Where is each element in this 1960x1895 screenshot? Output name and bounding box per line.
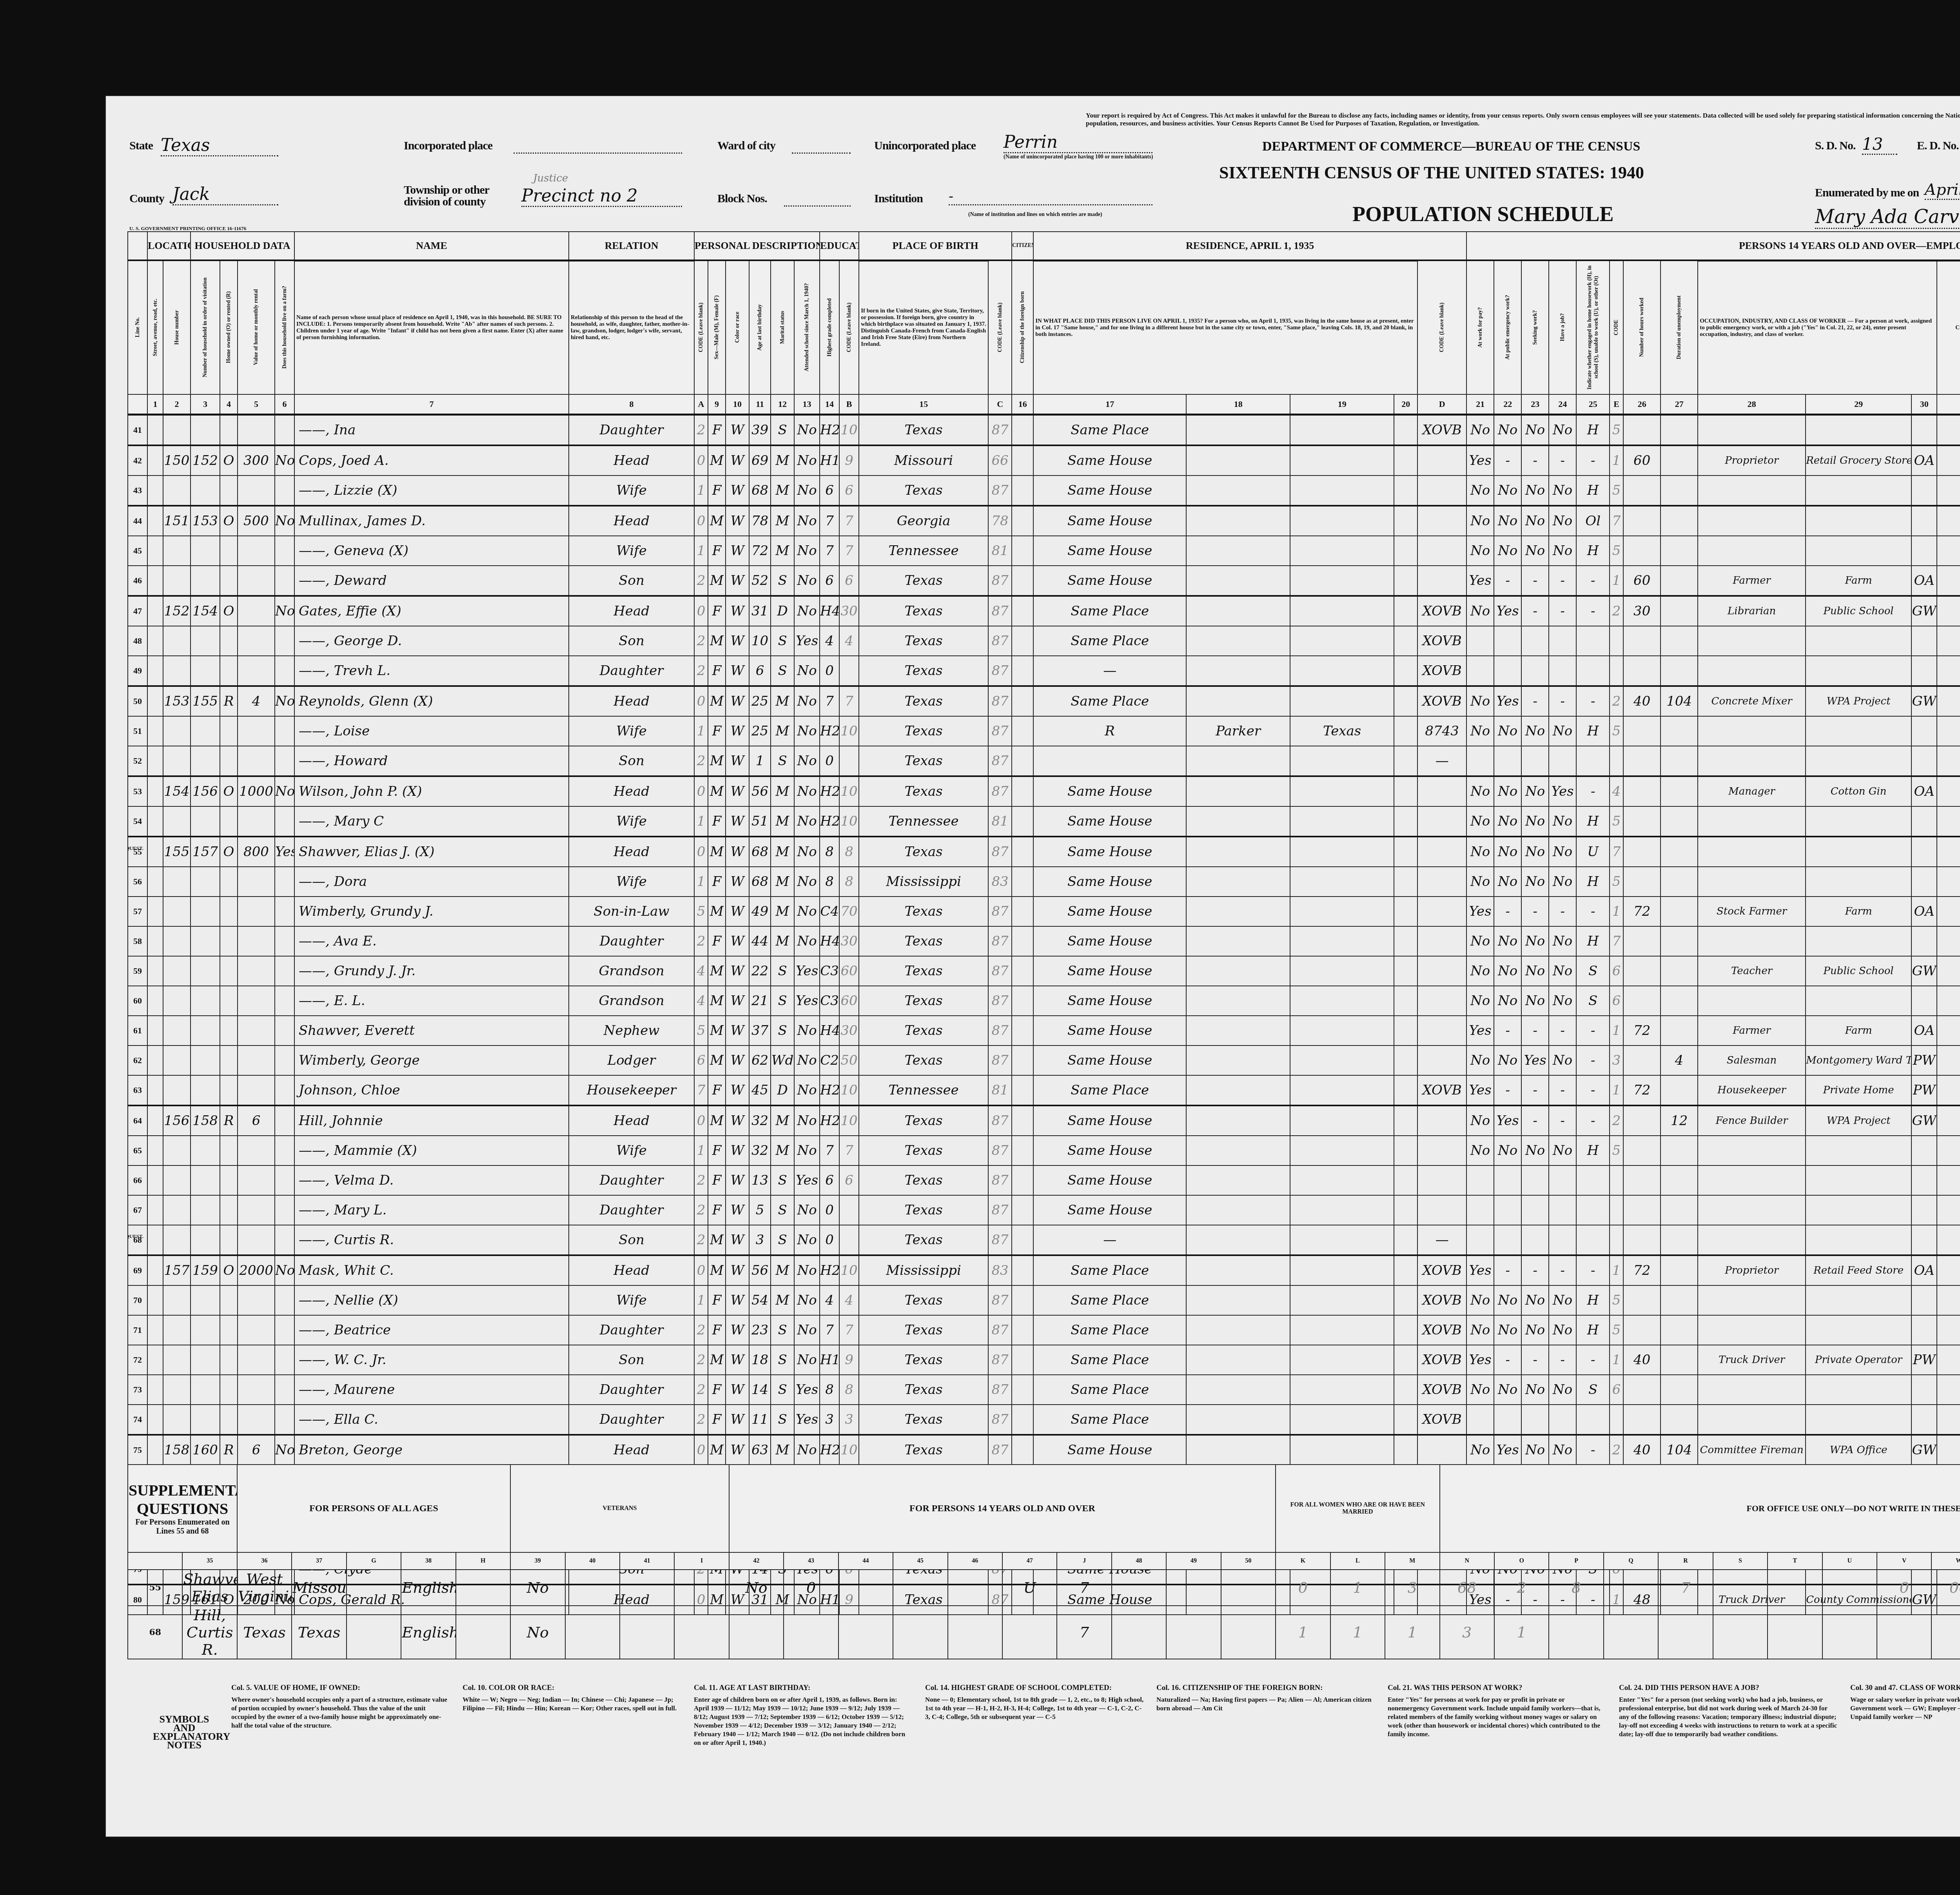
cell-code-c: 66 [988,445,1012,476]
sd-value: 13 [1862,134,1897,155]
cell-relation: Head [569,506,694,536]
cell-code-e [1610,1405,1623,1435]
cell-family [191,415,220,446]
cell-code-d [1417,776,1466,806]
note-heading: Col. 5. VALUE OF HOME, IF OWNED: [231,1684,451,1692]
cell-marital: M [771,476,794,506]
sup-column-number: 43 [784,1552,838,1570]
cell-w23: - [1521,1016,1549,1046]
code-a-header: CODE (Leave blank) [694,261,708,395]
cell-birthplace: Texas [859,1165,988,1195]
cell-code-d [1417,986,1466,1016]
cell-age: 62 [749,1046,771,1075]
cell-farm [275,1165,294,1195]
enumerated-label: Enumerated by me on [1815,186,1919,200]
cell-relation: Grandson [569,956,694,986]
cell-state [1290,415,1394,446]
sup-cell: 8 [1549,1570,1603,1606]
cell-name: ——, W. C. Jr. [294,1345,569,1375]
cell-state [1290,897,1394,926]
column-number: 24 [1549,394,1576,415]
line-number: 60 [128,986,147,1016]
cell-farm35 [1394,656,1417,686]
sup-column-number: J [1057,1552,1111,1570]
cell-farm: No [275,445,294,476]
group-residence-1935: RESIDENCE, APRIL 1, 1935 [1033,232,1466,261]
cell-code-a: 0 [694,686,708,716]
sup-group-14-and-over: FOR PERSONS 14 YEARS OLD AND OVER [729,1465,1276,1552]
sup-cell: Texas [237,1606,292,1659]
cell-sex: M [708,566,726,596]
cell-county [1186,686,1290,716]
cell-class [1911,536,1937,566]
cell-age: 11 [749,1405,771,1435]
cell-hours [1623,837,1661,867]
cell-code-c: 81 [988,806,1012,837]
cell-residence: Same House [1033,566,1186,596]
cell-family [191,1405,220,1435]
cell-farm: No [275,506,294,536]
col22-header: At public emergency work? [1494,261,1521,395]
cell-w24 [1549,1195,1576,1225]
cell-name: Wilson, John P. (X) [294,776,569,806]
institution-value: - [949,188,1152,205]
cell-name: Mask, Whit C. [294,1255,569,1285]
cell-occupation: Proprietor [1698,1255,1806,1285]
cell-farm35 [1394,897,1417,926]
cell-code-e: 5 [1610,476,1623,506]
cell-school: No [794,1075,820,1105]
sup-line-number: 55 [128,1570,182,1606]
cell-dwelling [163,415,191,446]
sup-cell [1604,1606,1658,1659]
cell-tenure [220,1136,238,1165]
cell-code-b [839,746,859,776]
cell-state: Texas [1290,716,1394,746]
cell-code-d: XOVB [1417,656,1466,686]
cell-county [1186,1375,1290,1405]
cell-industry: Private Operator [1806,1345,1911,1375]
cell-w21: Yes [1466,566,1494,596]
cell-county [1186,1046,1290,1075]
cell-industry: Retail Grocery Store [1806,445,1911,476]
sup-cell [1713,1570,1768,1606]
cell-w25: H [1576,867,1610,897]
cell-code-b [839,1195,859,1225]
cell-residence: Same House [1033,1195,1186,1225]
column-number: 16 [1012,394,1033,415]
cell-farm35 [1394,1105,1417,1136]
sup-cell: 7 [1658,1570,1713,1606]
cell-code-b: 8 [839,867,859,897]
cell-code-e: 2 [1610,1105,1623,1136]
cell-relation: Head [569,1105,694,1136]
cell-county [1186,476,1290,506]
cell-code-a: 0 [694,776,708,806]
cell-residence: Same Place [1033,415,1186,446]
cell-dwelling: 158 [163,1435,191,1465]
cell-code-c: 87 [988,1345,1012,1375]
cell-tenure [220,897,238,926]
township-note: Justice [533,172,568,184]
sup-cell: 0 [784,1570,838,1606]
cell-tenure [220,1315,238,1345]
cell-code-f: 420 99 1 [1937,1345,1960,1375]
cell-race: W [726,566,749,596]
table-row: 62Wimberly, GeorgeLodger6MW62WdNoC250Tex… [128,1046,1960,1075]
cell-w24: - [1549,686,1576,716]
cell-code-e: 1 [1610,566,1623,596]
cell-farm [275,1225,294,1255]
cell-grade: 8 [820,867,839,897]
cell-hours [1623,1285,1661,1315]
cell-w22: Yes [1494,1105,1521,1136]
column-number: 7 [294,394,569,415]
table-row: 58——, Ava E.Daughter2FW44MNoH430Texas87S… [128,926,1960,956]
cell-class [1911,415,1937,446]
cell-code-e: 5 [1610,415,1623,446]
name-instructions: Name of each person whose usual place of… [294,261,569,395]
sup-column-number: 42 [729,1552,784,1570]
cell-code-f: 000 W 4 [1937,566,1960,596]
cell-name: Johnson, Chloe [294,1075,569,1105]
column-number-row: 12345678A91011121314B15C1617181920D21222… [128,394,1960,415]
cell-code-c: 87 [988,626,1012,656]
cell-code-a: 7 [694,1075,708,1105]
cell-industry [1806,926,1911,956]
cell-citizenship [1012,1345,1033,1375]
group-education: EDUCATION [820,232,859,261]
column-number: 10 [726,394,749,415]
cell-state [1290,867,1394,897]
cell-class [1911,716,1937,746]
cell-code-b: 10 [839,806,859,837]
sup-cell: 7 [1057,1570,1111,1606]
cell-dwelling-blank [147,776,163,806]
cell-value [238,716,275,746]
cell-age: 56 [749,776,771,806]
cell-hours [1623,536,1661,566]
cell-state [1290,806,1394,837]
cell-family: 153 [191,506,220,536]
cell-hours [1623,1405,1661,1435]
sup-column-number: H [456,1552,510,1570]
county-label: County [129,192,164,205]
cell-tenure: O [220,596,238,626]
cell-race: W [726,1105,749,1136]
cell-race: W [726,536,749,566]
sup-cell [1112,1606,1166,1659]
cell-residence: Same House [1033,1136,1186,1165]
cell-w23: No [1521,1435,1549,1465]
cell-value [238,1165,275,1195]
township-value: Precinct no 2 [521,186,682,207]
code-b-header: CODE (Leave blank) [839,261,859,395]
cell-birthplace: Texas [859,1225,988,1255]
cell-marital: M [771,867,794,897]
cell-birthplace: Texas [859,1285,988,1315]
cell-county [1186,1165,1290,1195]
line-number: 64 [128,1105,147,1136]
cell-w24: - [1549,1255,1576,1285]
cell-hours [1623,986,1661,1016]
cell-county [1186,1435,1290,1465]
cell-code-c: 87 [988,566,1012,596]
cell-family: 158 [191,1105,220,1136]
cell-farm [275,626,294,656]
cell-code-d: 8743 [1417,716,1466,746]
cell-code-a: 0 [694,445,708,476]
cell-school: No [794,415,820,446]
table-row: 64156158R6Hill, JohnnieHead0MW32MNoH210T… [128,1105,1960,1136]
cell-race: W [726,1405,749,1435]
sup-cell: 1 [1276,1606,1330,1659]
sup-column-number: M [1385,1552,1439,1570]
cell-sex: F [708,1136,726,1165]
cell-code-f: 246 91 2 [1937,596,1960,626]
cell-tenure: R [220,1105,238,1136]
cell-relation: Wife [569,1285,694,1315]
cell-tenure [220,536,238,566]
group-employment-status: PERSONS 14 YEARS OLD AND OVER—EMPLOYMENT… [1466,232,1960,261]
cell-tenure: R [220,686,238,716]
cell-code-e: 2 [1610,686,1623,716]
cell-code-a: 2 [694,1405,708,1435]
cell-code-d [1417,1435,1466,1465]
cell-code-e [1610,656,1623,686]
cell-relation: Wife [569,716,694,746]
note-text: Enter "Yes" for a person (not seeking wo… [1619,1695,1838,1739]
cell-county [1186,1255,1290,1285]
cell-industry [1806,1165,1911,1195]
cell-industry [1806,506,1911,536]
cell-dwelling-blank [147,1405,163,1435]
cell-marital: M [771,1255,794,1285]
note-text: Enter "Yes" for persons at work for pay … [1388,1695,1607,1739]
cell-residence: Same Place [1033,1075,1186,1105]
cell-class: OA [1911,566,1937,596]
cell-state [1290,926,1394,956]
cell-class [1911,1375,1937,1405]
line-number: 74 [128,1405,147,1435]
cell-weeks-unemp [1661,1016,1698,1046]
unemployment-header: Duration of unemployment [1661,261,1698,395]
cell-weeks-unemp [1661,956,1698,986]
cell-grade: C3 [820,986,839,1016]
column-number: 21 [1466,394,1494,415]
cell-grade: C3 [820,956,839,986]
cell-farm35 [1394,506,1417,536]
cell-family [191,656,220,686]
cell-dwelling [163,716,191,746]
cell-marital: S [771,1345,794,1375]
cell-class [1911,1136,1937,1165]
cell-weeks-unemp [1661,476,1698,506]
cell-grade: 0 [820,1225,839,1255]
cell-weeks-unemp: 104 [1661,686,1698,716]
sup-cell: No [729,1570,784,1606]
cell-age: 25 [749,686,771,716]
cell-w22 [1494,626,1521,656]
cell-race: W [726,626,749,656]
cell-race: W [726,1136,749,1165]
sup-cell [838,1570,893,1606]
cell-industry [1806,1375,1911,1405]
cell-hours: 72 [1623,1255,1661,1285]
column-number: 6 [275,394,294,415]
cell-family [191,1195,220,1225]
cell-code-b: 30 [839,596,859,626]
cell-code-c: 87 [988,1105,1012,1136]
cell-dwelling-blank [147,1046,163,1075]
cell-tenure: O [220,1255,238,1285]
sup-cell [1713,1606,1768,1659]
line-number: 61 [128,1016,147,1046]
cell-w21: No [1466,1136,1494,1165]
cell-w22: No [1494,776,1521,806]
cell-residence: Same House [1033,445,1186,476]
table-row: 65——, Mammie (X)Wife1FW32MNo77Texas87Sam… [128,1136,1960,1165]
cell-w25 [1576,626,1610,656]
cell-value [238,897,275,926]
sup-column-number: Q [1604,1552,1658,1570]
cell-farm [275,746,294,776]
cell-citizenship [1012,1285,1033,1315]
cell-w23: No [1521,1285,1549,1315]
cell-code-f: 988 V9 2 [1937,686,1960,716]
cell-residence: Same House [1033,1165,1186,1195]
cell-value [238,1345,275,1375]
cell-w24: - [1549,445,1576,476]
cell-name: Gates, Effie (X) [294,596,569,626]
cell-class [1911,1405,1937,1435]
cell-dwelling-blank [147,806,163,837]
cell-code-f [1937,867,1960,897]
cell-farm: No [275,686,294,716]
cell-farm [275,956,294,986]
cell-name: ——, Loise [294,716,569,746]
cell-tenure: R [220,1435,238,1465]
cell-w22: No [1494,1046,1521,1075]
cell-dwelling-blank [147,1315,163,1345]
cell-class [1911,926,1937,956]
cell-occupation [1698,867,1806,897]
sup-group-veterans: VETERANS [510,1465,729,1552]
cell-family [191,926,220,956]
cell-sex: M [708,1225,726,1255]
cell-code-b: 7 [839,1315,859,1345]
cell-w25: H [1576,716,1610,746]
cell-w25: H [1576,1285,1610,1315]
cell-code-e [1610,1195,1623,1225]
cell-w25: - [1576,1075,1610,1105]
cell-citizenship [1012,1405,1033,1435]
note-section: Col. 10. COLOR OR RACE:White — W; Negro … [463,1684,682,1713]
cell-class [1911,1225,1937,1255]
cell-dwelling [163,536,191,566]
cell-birthplace: Texas [859,476,988,506]
cell-w22: No [1494,716,1521,746]
cell-code-e: 3 [1610,1046,1623,1075]
cell-occupation: Salesman [1698,1046,1806,1075]
cell-family [191,1225,220,1255]
citizenship-header: Citizenship of the foreign born [1012,261,1033,395]
sup-cell [1822,1606,1877,1659]
cell-code-b: 8 [839,837,859,867]
cell-w22 [1494,1225,1521,1255]
group-citizenship: CITIZENSHIP [1012,232,1033,261]
cell-occupation [1698,536,1806,566]
line-number: 44 [128,506,147,536]
cell-code-b: 10 [839,776,859,806]
cell-dwelling-blank [147,686,163,716]
cell-state [1290,986,1394,1016]
sup-column-number: 37 [292,1552,346,1570]
cell-code-c: 87 [988,1165,1012,1195]
cell-code-a: 0 [694,1105,708,1136]
cell-code-a: 4 [694,956,708,986]
cell-code-a: 0 [694,596,708,626]
cell-industry: Farm [1806,1016,1911,1046]
cell-w25 [1576,746,1610,776]
cell-dwelling [163,1285,191,1315]
cell-code-d: XOVB [1417,415,1466,446]
cell-w23 [1521,1225,1549,1255]
cell-birthplace: Texas [859,716,988,746]
cell-grade: 3 [820,1405,839,1435]
column-number: 9 [708,394,726,415]
cell-w23: No [1521,837,1549,867]
line-number: 55SUPPL. QUEST. [128,837,147,867]
cell-school: Yes [794,1405,820,1435]
cell-name: ——, Ella C. [294,1405,569,1435]
cell-w25 [1576,1165,1610,1195]
column-number: 25 [1576,394,1610,415]
cell-dwelling-blank [147,1285,163,1315]
cell-school: No [794,1435,820,1465]
cell-w25: S [1576,956,1610,986]
cell-grade: 7 [820,686,839,716]
cell-school: No [794,596,820,626]
cell-w25: H [1576,926,1610,956]
cell-code-a: 2 [694,1225,708,1255]
cell-code-f [1937,746,1960,776]
cell-industry: WPA Project [1806,1105,1911,1136]
cell-sex: M [708,986,726,1016]
sup-cell [1221,1606,1276,1659]
cell-industry [1806,536,1911,566]
cell-code-f [1937,837,1960,867]
cell-state [1290,536,1394,566]
cell-w21: Yes [1466,445,1494,476]
cell-code-c: 87 [988,837,1012,867]
line-number: 46 [128,566,147,596]
cell-w23: - [1521,445,1549,476]
cell-school: No [794,506,820,536]
cell-code-f [1937,1195,1960,1225]
cell-w24 [1549,1405,1576,1435]
cell-dwelling-blank [147,1255,163,1285]
cell-county [1186,596,1290,626]
cell-weeks-unemp [1661,566,1698,596]
cell-race: W [726,1075,749,1105]
sup-column-number: W [1931,1552,1960,1570]
cell-relation: Head [569,686,694,716]
cell-farm35 [1394,716,1417,746]
cell-marital: S [771,1375,794,1405]
cell-age: 63 [749,1435,771,1465]
cell-marital: S [771,656,794,686]
